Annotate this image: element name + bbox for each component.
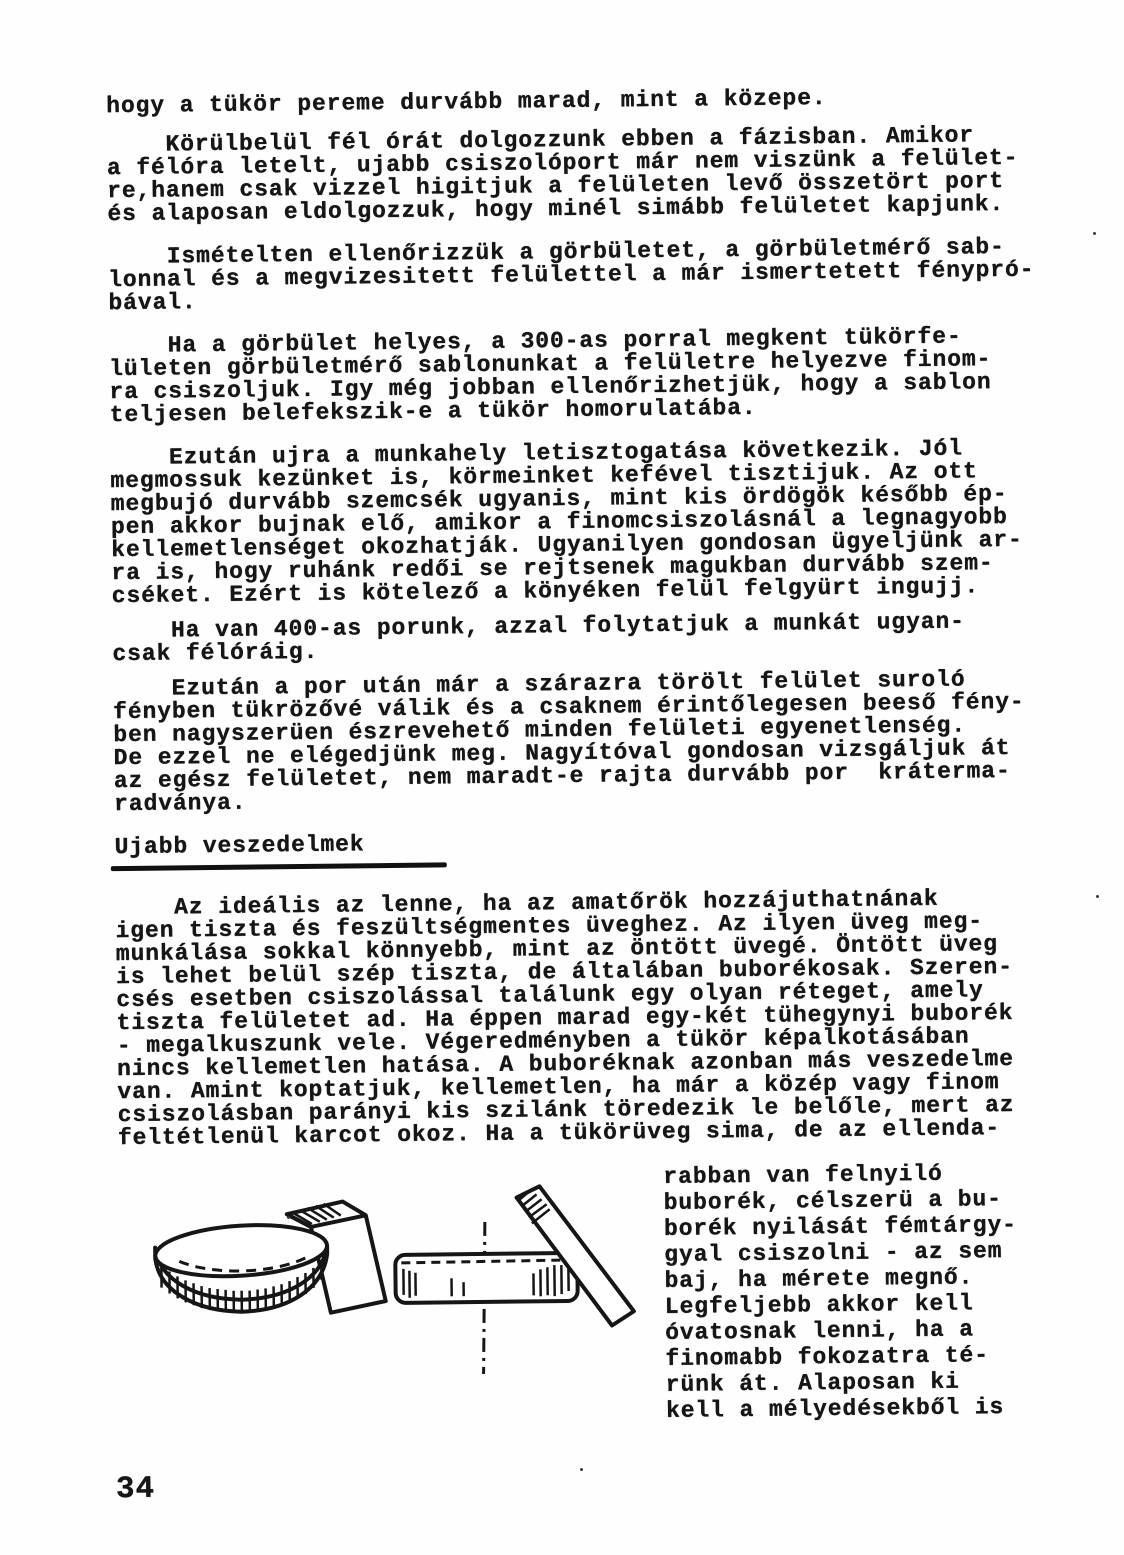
- paragraph-7: Ezután a por után már a szárazra törölt …: [113, 667, 1124, 816]
- disk-edge-drawing: [395, 1253, 578, 1303]
- mirror-disks-illustration: [118, 1164, 666, 1417]
- paragraph-2: Körülbelül fél órát dolgozzunk ebben a f…: [106, 123, 1118, 226]
- paragraph-6: Ha van 400-as porunk, azzal folytatjuk a…: [112, 609, 1123, 666]
- disk-perspective-drawing: [154, 1220, 329, 1313]
- document-body: hogy a tükör pereme durvább marad, mint …: [0, 0, 1124, 1502]
- paragraph-3: Ismételten ellenőrizzük a görbületet, a …: [108, 235, 1120, 315]
- paragraph-4: Ha a görbület helyes, a 300-as porral me…: [109, 324, 1121, 427]
- wrapped-text-column: rabban van felnyiló buborék, célszerü a …: [663, 1159, 1124, 1424]
- scan-speck: [1096, 895, 1099, 898]
- scan-speck: [1093, 232, 1096, 235]
- paragraph-8: Az ideális az lenne, ha az amatőrök hozz…: [115, 886, 1124, 1150]
- figure-row: rabban van felnyiló buborék, célszerü a …: [118, 1159, 1124, 1450]
- section-heading: Ujabb veszedelmek: [114, 825, 1124, 871]
- scan-tilt-wrapper: hogy a tükör pereme durvább marad, mint …: [0, 0, 1124, 1502]
- page-number: 34: [116, 1467, 1124, 1502]
- paragraph-5: Ezután ujra a munkahely letisztogatása k…: [110, 436, 1123, 608]
- scan-speck: [287, 1216, 290, 1219]
- scan-speck: [580, 1468, 583, 1471]
- scanned-document-page: hogy a tükör pereme durvább marad, mint …: [0, 0, 1124, 1555]
- mirror-grinding-figure: [118, 1176, 661, 1417]
- paragraph-1: hogy a tükör pereme durvább marad, mint …: [106, 84, 1117, 118]
